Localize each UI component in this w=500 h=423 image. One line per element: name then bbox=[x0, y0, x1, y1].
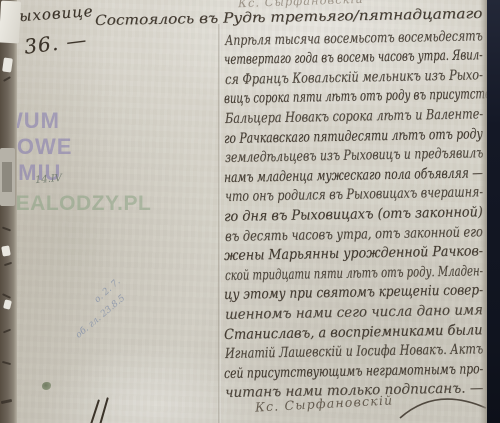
ink-fragment bbox=[2, 361, 11, 365]
ink-fragment bbox=[4, 262, 12, 266]
ink-fragment bbox=[1, 399, 12, 404]
ink-fragment bbox=[3, 329, 11, 334]
scanned-register-page: WUM NOWE OMIU NEALODZY.PL 14.IV о. 2. 7.… bbox=[0, 0, 500, 423]
torn-paper-bit bbox=[3, 299, 12, 309]
ink-fragment bbox=[2, 293, 11, 299]
torn-paper-bit bbox=[1, 245, 11, 256]
ink-fragment bbox=[3, 76, 11, 82]
attached-fragment-detail bbox=[2, 162, 12, 192]
tape-patch bbox=[0, 1, 21, 44]
genealogy-watermark: NEALODZY.PL bbox=[0, 192, 151, 216]
book-binding bbox=[0, 0, 17, 423]
margin-crease-line bbox=[218, 24, 221, 423]
pencil-date-note: 14.IV bbox=[35, 173, 63, 186]
pen-flourish bbox=[398, 392, 490, 422]
attached-fragment bbox=[0, 148, 15, 206]
ink-fragment bbox=[2, 227, 11, 232]
photo-background-edge bbox=[487, 0, 500, 423]
torn-paper-bit bbox=[2, 57, 13, 72]
